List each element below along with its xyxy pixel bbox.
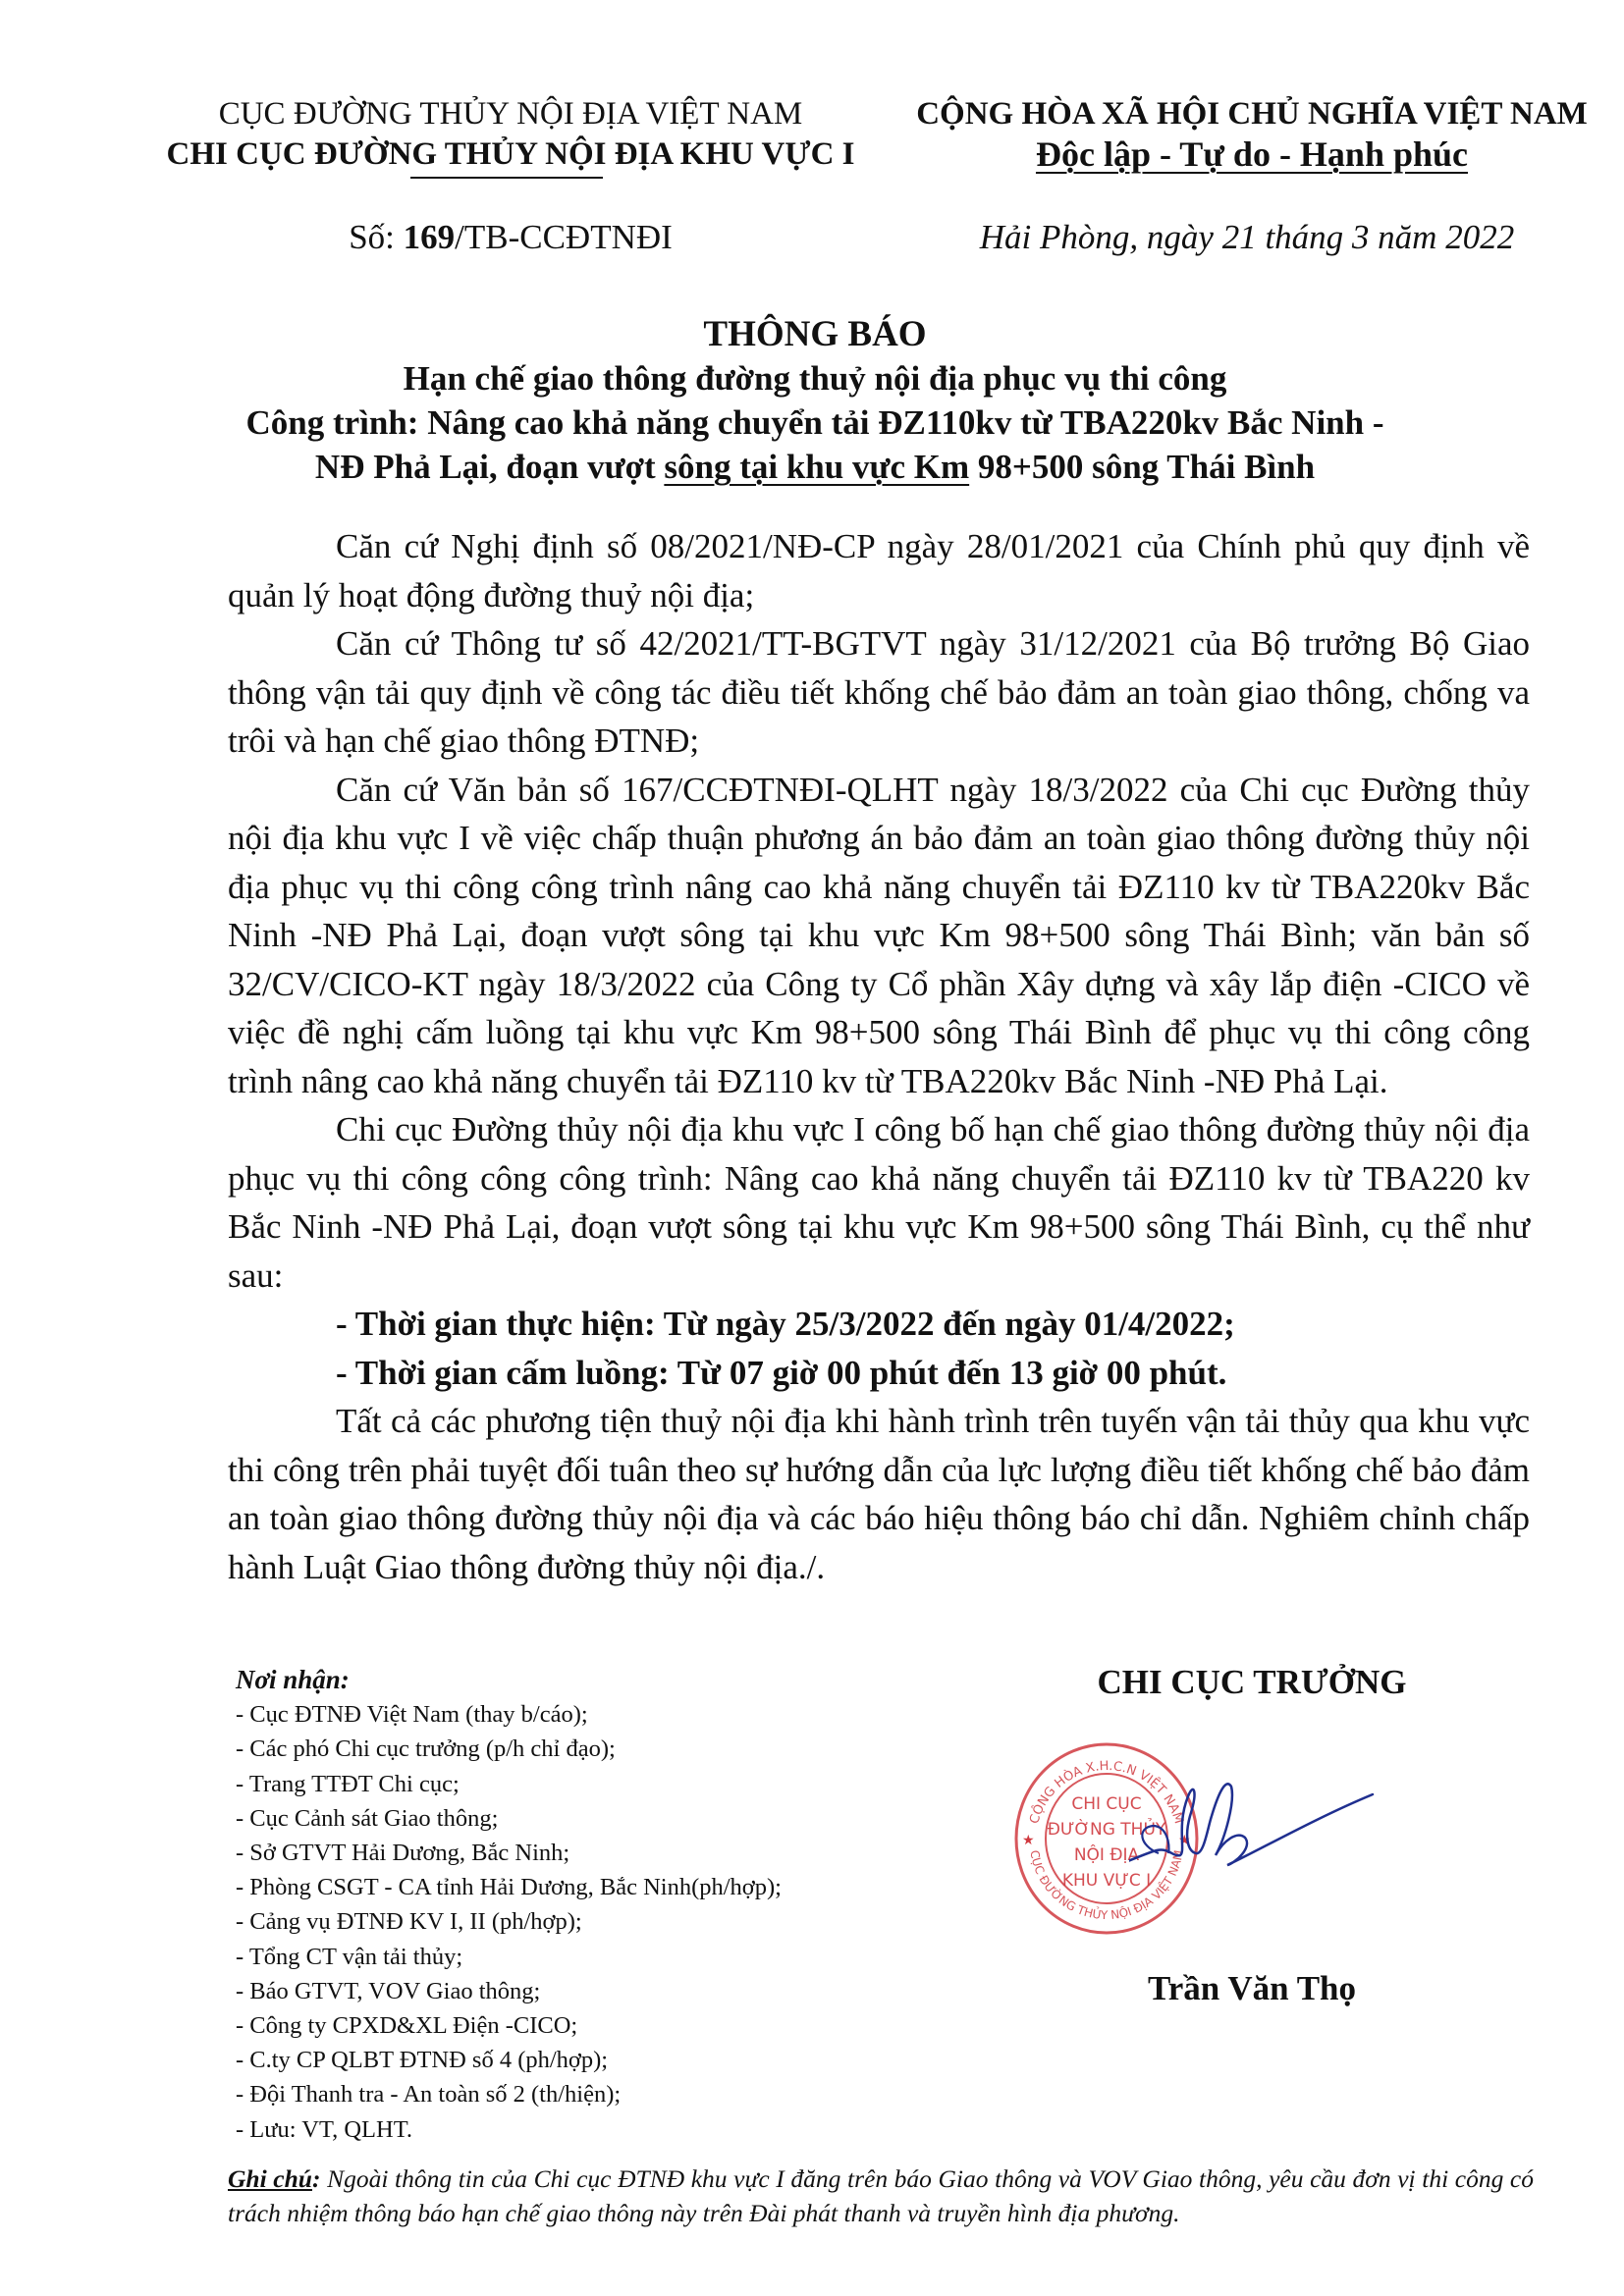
signer-name: Trần Văn Thọ (1011, 1969, 1492, 2008)
number-suffix: /TB-CCĐTNĐI (455, 218, 673, 256)
recipients-list: - Cục ĐTNĐ Việt Nam (thay b/cáo); - Các … (236, 1697, 923, 2147)
legal-basis-3: Căn cứ Văn bản số 167/CCĐTNĐI-QLHT ngày … (228, 766, 1530, 1106)
recipient-item: - Công ty CPXD&XL Điện -CICO; (236, 2008, 923, 2043)
recipient-item: - Sở GTVT Hải Dương, Bắc Ninh; (236, 1836, 923, 1870)
recipient-item: - Cục ĐTNĐ Việt Nam (thay b/cáo); (236, 1697, 923, 1732)
title-line-2: Công trình: Nâng cao khả năng chuyển tải… (226, 400, 1404, 445)
national-header-block: CỘNG HÒA XÃ HỘI CHỦ NGHĨA VIỆT NAM Độc l… (889, 94, 1615, 175)
legal-basis-2: Căn cứ Thông tư số 42/2021/TT-BGTVT ngày… (228, 619, 1530, 766)
number-value: 169 (404, 218, 456, 256)
svg-text:★: ★ (1022, 1834, 1035, 1848)
title-line-3: NĐ Phả Lại, đoạn vượt sông tại khu vực K… (226, 445, 1404, 489)
note-text: Ngoài thông tin của Chi cục ĐTNĐ khu vực… (228, 2164, 1534, 2227)
signer-title: CHI CỤC TRƯỞNG (1011, 1663, 1492, 1702)
recipient-item: - Các phó Chi cục trưởng (p/h chỉ đạo); (236, 1732, 923, 1766)
recipient-item: - Báo GTVT, VOV Giao thông; (236, 1974, 923, 2008)
recipient-item: - Tổng CT vận tải thủy; (236, 1940, 923, 1974)
recipient-item: - Lưu: VT, QLHT. (236, 2112, 923, 2147)
recipient-item: - C.ty CP QLBT ĐTNĐ số 4 (ph/hợp); (236, 2043, 923, 2077)
recipient-item: - Cục Cảnh sát Giao thông; (236, 1801, 923, 1836)
document-number: Số: 169/TB-CCĐTNĐI (147, 218, 874, 257)
agency-underline (410, 177, 603, 179)
channel-closure-hours: - Thời gian cấm luồng: Từ 07 giờ 00 phút… (228, 1349, 1530, 1398)
legal-basis-1: Căn cứ Nghị định số 08/2021/NĐ-CP ngày 2… (228, 522, 1530, 619)
recipients-heading: Nơi nhận: (236, 1663, 923, 1697)
document-body: Căn cứ Nghị định số 08/2021/NĐ-CP ngày 2… (228, 522, 1530, 1591)
handwritten-signature-icon (1129, 1757, 1375, 1895)
closing-paragraph: Tất cả các phương tiện thuỷ nội địa khi … (228, 1397, 1530, 1591)
title-underlined-segment: sông tại khu vực Km (664, 448, 969, 486)
recipients-block: Nơi nhận: - Cục ĐTNĐ Việt Nam (thay b/cá… (236, 1663, 923, 2147)
country-name: CỘNG HÒA XÃ HỘI CHỦ NGHĨA VIỆT NAM (889, 94, 1615, 133)
recipient-item: - Phòng CSGT - CA tỉnh Hải Dương, Bắc Ni… (236, 1870, 923, 1904)
execution-period: - Thời gian thực hiện: Từ ngày 25/3/2022… (228, 1300, 1530, 1349)
recipient-item: - Đội Thanh tra - An toàn số 2 (th/hiện)… (236, 2077, 923, 2111)
document-title-block: THÔNG BÁO Hạn chế giao thông đường thuỷ … (226, 312, 1404, 489)
announcement-paragraph: Chi cục Đường thủy nội địa khu vực I côn… (228, 1105, 1530, 1300)
dateline: Hải Phòng, ngày 21 tháng 3 năm 2022 (884, 218, 1610, 257)
title-line-1: Hạn chế giao thông đường thuỷ nội địa ph… (226, 356, 1404, 400)
national-motto: Độc lập - Tự do - Hạnh phúc (1036, 134, 1468, 174)
issuing-agency: CHI CỤC ĐƯỜNG THỦY NỘI ĐỊA KHU VỰC I (147, 133, 874, 175)
recipient-item: - Cảng vụ ĐTNĐ KV I, II (ph/hợp); (236, 1904, 923, 1939)
issuing-agency-block: CỤC ĐƯỜNG THỦY NỘI ĐỊA VIỆT NAM CHI CỤC … (147, 94, 874, 175)
number-label: Số: (349, 218, 403, 256)
note-label: Ghi chú (228, 2164, 312, 2193)
note-block: Ghi chú: Ngoài thông tin của Chi cục ĐTN… (228, 2162, 1534, 2230)
recipient-item: - Trang TTĐT Chi cục; (236, 1767, 923, 1801)
parent-agency: CỤC ĐƯỜNG THỦY NỘI ĐỊA VIỆT NAM (147, 94, 874, 133)
document-type: THÔNG BÁO (226, 312, 1404, 356)
